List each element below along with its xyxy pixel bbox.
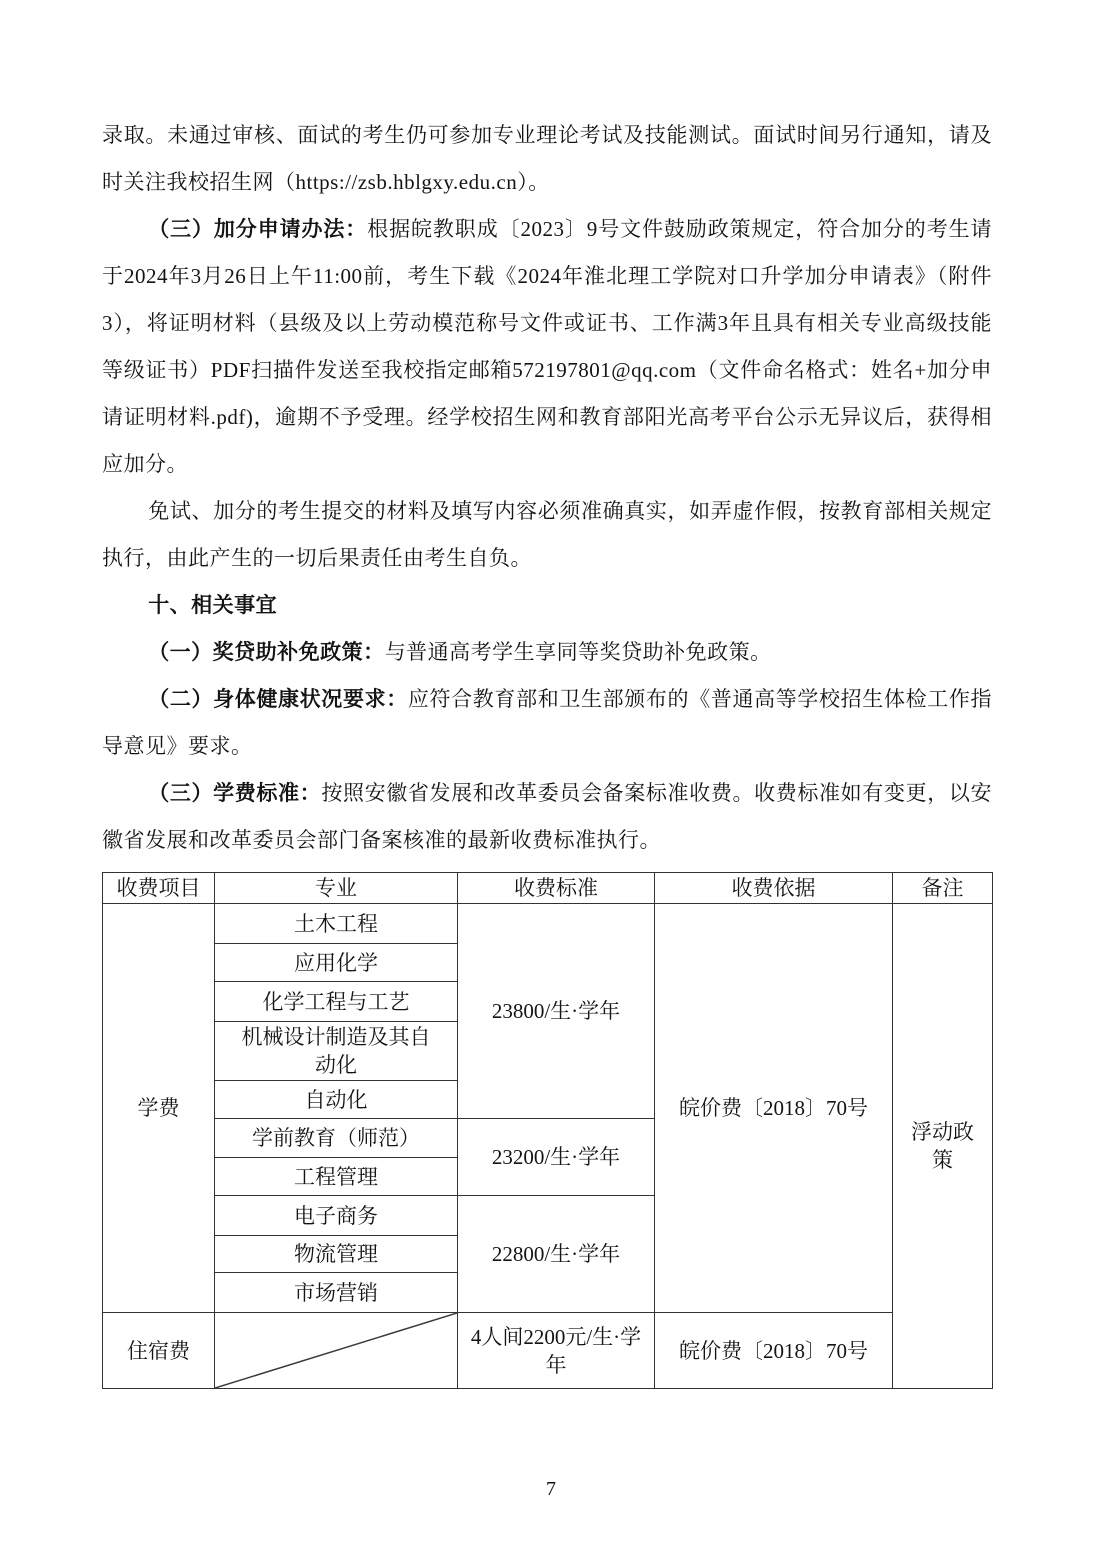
fee-standard-cell: 22800/生·学年 (458, 1196, 655, 1313)
major-cell: 学前教育（师范） (215, 1119, 458, 1158)
paragraph-financial-aid-policy: （一）奖贷助补免政策：与普通高考学生享同等奖贷助补免政策。 (102, 629, 992, 676)
paragraph-label: （一）奖贷助补免政策： (148, 641, 385, 664)
col-header-fee-standard: 收费标准 (458, 873, 655, 904)
section-heading-related-matters: 十、相关事宜 (102, 582, 992, 629)
major-cell: 化学工程与工艺 (215, 982, 458, 1022)
paragraph-text: 与普通高考学生享同等奖贷助补免政策。 (385, 640, 772, 664)
major-cell: 市场营销 (215, 1273, 458, 1313)
fee-basis-cell-accommodation: 皖价费〔2018〕70号 (655, 1313, 893, 1389)
remark-cell: 浮动政策 (893, 904, 993, 1389)
paragraph-label: （二）身体健康状况要求： (148, 688, 408, 711)
paragraph-text: 根据皖教职成〔2023〕9号文件鼓励政策规定，符合加分的考生请于2024年3月2… (102, 217, 992, 476)
paragraph-truthfulness-notice: 免试、加分的考生提交的材料及填写内容必须准确真实，如弄虚作假，按教育部相关规定执… (102, 488, 992, 582)
paragraph-text: 录取。未通过审核、面试的考生仍可参加专业理论考试及技能测试。面试时间另行通知，请… (102, 123, 992, 194)
col-header-fee-item: 收费项目 (103, 873, 215, 904)
major-cell: 自动化 (215, 1081, 458, 1119)
heading-text: 十、相关事宜 (148, 594, 277, 617)
fee-standard-cell: 23200/生·学年 (458, 1119, 655, 1196)
fee-item-cell-accommodation: 住宿费 (103, 1313, 215, 1389)
fee-table: 收费项目 专业 收费标准 收费依据 备注 学费 土木工程 23800/生·学年 … (102, 872, 993, 1389)
col-header-fee-basis: 收费依据 (655, 873, 893, 904)
paragraph-text: 免试、加分的考生提交的材料及填写内容必须准确真实，如弄虚作假，按教育部相关规定执… (102, 499, 992, 570)
paragraph-label: （三）加分申请办法： (148, 218, 367, 241)
major-cell: 工程管理 (215, 1158, 458, 1196)
fee-table-header-row: 收费项目 专业 收费标准 收费依据 备注 (103, 873, 993, 904)
table-row: 住宿费 4人间2200元/生·学年 皖价费〔2018〕70号 (103, 1313, 993, 1389)
paragraph-health-requirement: （二）身体健康状况要求：应符合教育部和卫生部颁布的《普通高等学校招生体检工作指导… (102, 676, 992, 770)
paragraph-bonus-application: （三）加分申请办法：根据皖教职成〔2023〕9号文件鼓励政策规定，符合加分的考生… (102, 206, 992, 488)
major-cell: 应用化学 (215, 944, 458, 982)
fee-standard-cell: 23800/生·学年 (458, 904, 655, 1119)
major-cell: 机械设计制造及其自动化 (215, 1022, 458, 1081)
major-cell: 电子商务 (215, 1196, 458, 1236)
major-cell: 土木工程 (215, 904, 458, 944)
table-row: 学费 土木工程 23800/生·学年 皖价费〔2018〕70号 浮动政策 (103, 904, 993, 944)
col-header-remark: 备注 (893, 873, 993, 904)
fee-standard-cell: 4人间2200元/生·学年 (458, 1313, 655, 1389)
diagonal-empty-cell (215, 1313, 458, 1389)
major-cell: 物流管理 (215, 1236, 458, 1273)
col-header-major: 专业 (215, 873, 458, 904)
paragraph-label: （三）学费标准： (148, 782, 321, 805)
diagonal-line-icon (215, 1313, 457, 1388)
document-page: 录取。未通过审核、面试的考生仍可参加专业理论考试及技能测试。面试时间另行通知，请… (0, 0, 1102, 1559)
paragraph-admission-continuation: 录取。未通过审核、面试的考生仍可参加专业理论考试及技能测试。面试时间另行通知，请… (102, 112, 992, 206)
paragraph-tuition-standard: （三）学费标准：按照安徽省发展和改革委员会备案标准收费。收费标准如有变更，以安徽… (102, 770, 992, 864)
fee-basis-cell-tuition: 皖价费〔2018〕70号 (655, 904, 893, 1313)
page-number: 7 (0, 1478, 1102, 1501)
fee-item-cell-tuition: 学费 (103, 904, 215, 1313)
page-content: 录取。未通过审核、面试的考生仍可参加专业理论考试及技能测试。面试时间另行通知，请… (102, 112, 992, 1389)
text-block: 录取。未通过审核、面试的考生仍可参加专业理论考试及技能测试。面试时间另行通知，请… (102, 112, 992, 864)
